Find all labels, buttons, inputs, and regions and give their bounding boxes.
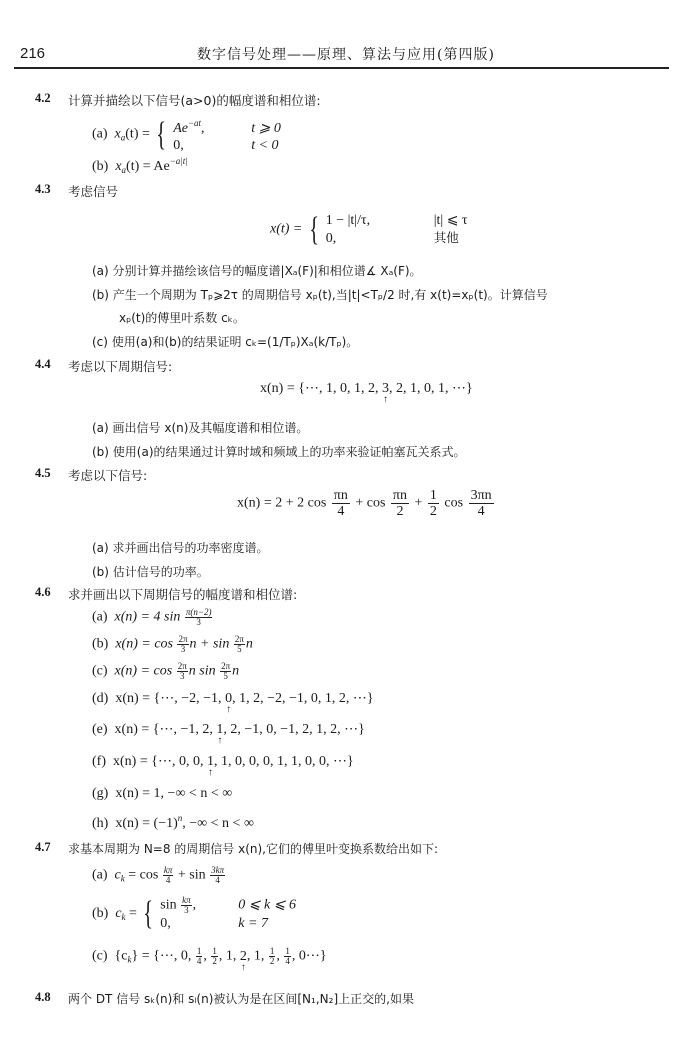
seq-mid: , 1, bbox=[219, 949, 240, 964]
problem-4-3c: (c) 使用(a)和(b)的结果证明 cₖ=(1/Tₚ)Xₐ(k/Tₚ)。 bbox=[92, 333, 358, 350]
seq-pre: x(n) = {⋯, −1, 2, bbox=[115, 722, 217, 737]
lhs: (t) = bbox=[125, 127, 150, 142]
item-label: (e) bbox=[92, 722, 108, 737]
problem-4-6g: (g) x(n) = 1, −∞ < n < ∞ bbox=[92, 786, 232, 802]
case2-expr: 0, bbox=[173, 137, 251, 154]
problem-4-3b-line2: xₚ(t)的傅里叶系数 cₖ。 bbox=[119, 309, 245, 326]
item-label: (c) bbox=[92, 949, 108, 964]
problem-4-6e: (e) x(n) = {⋯, −1, 2, 1, 2, −1, 0, −1, 2… bbox=[92, 721, 365, 738]
seq-post: , 2, 1, 0, 1, ⋯} bbox=[389, 381, 473, 396]
op: + cos bbox=[355, 496, 385, 511]
item-label: (a) bbox=[92, 127, 108, 142]
problem-4-3b-line1: (b) 产生一个周期为 Tₚ⩾2τ 的周期信号 xₚ(t),当|t|<Tₚ/2 … bbox=[92, 286, 548, 303]
problem-4-7-text: 求基本周期为 N=8 的周期信号 x(n),它们的傅里叶变换系数给出如下: bbox=[68, 840, 438, 857]
expr: x(n) = 1, −∞ < n < ∞ bbox=[115, 786, 232, 801]
problem-4-2b: (b) xa(t) = Ae−a|t| bbox=[92, 156, 188, 175]
origin-marker: 1 bbox=[216, 722, 223, 738]
case1-expr: 1 − |t|/τ, bbox=[326, 212, 434, 229]
problem-4-6b: (b) x(n) = cos 2π3n + sin 2π5n bbox=[92, 635, 253, 654]
var: n bbox=[232, 664, 239, 679]
problem-4-6f: (f) x(n) = {⋯, 0, 0, 1, 1, 0, 0, 0, 1, 1… bbox=[92, 753, 354, 770]
fraction: kπ3 bbox=[181, 896, 192, 915]
var: n bbox=[246, 637, 253, 652]
fraction: 3kπ4 bbox=[210, 866, 225, 885]
problem-4-2a: (a) xa(t) = { Ae−at,t ⩾ 0 0,t < 0 bbox=[92, 115, 281, 154]
fraction: 2π3 bbox=[177, 662, 188, 681]
problem-number-4-4: 4.4 bbox=[35, 357, 51, 372]
seq-pre: x(n) = {⋯, 0, 0, bbox=[113, 754, 207, 769]
origin-marker: 2 bbox=[240, 949, 247, 965]
problem-number-4-7: 4.7 bbox=[35, 840, 51, 855]
piecewise-cases: 1 − |t|/τ,|t| ⩽ τ 0,其他 bbox=[326, 212, 468, 247]
problem-number-4-6: 4.6 bbox=[35, 585, 51, 600]
problem-4-4a: (a) 画出信号 x(n)及其幅度谱和相位谱。 bbox=[92, 419, 308, 436]
lhs: x(t) = bbox=[270, 222, 302, 237]
case1-cond: t ⩾ 0 bbox=[251, 121, 281, 136]
op: = bbox=[126, 906, 137, 921]
problem-4-6a: (a) x(n) = 4 sin π(n−2)3 bbox=[92, 608, 213, 627]
origin-marker: 3 bbox=[382, 381, 389, 397]
expr: x(n) = 4 sin bbox=[115, 610, 181, 625]
expr: (t) = Ae bbox=[126, 159, 170, 174]
problem-number-4-8: 4.8 bbox=[35, 990, 51, 1005]
item-label: (b) bbox=[92, 159, 108, 174]
fraction: π(n−2)3 bbox=[185, 608, 213, 627]
item-label: (g) bbox=[92, 786, 108, 801]
fraction: 2π5 bbox=[234, 635, 245, 654]
problem-4-4-text: 考虑以下周期信号: bbox=[68, 357, 172, 375]
seq-pre: x(n) = {⋯, −2, −1, bbox=[115, 691, 225, 706]
item-label: (d) bbox=[92, 691, 108, 706]
seq-post: , 1, 0, 0, 0, 1, 1, 0, 0, ⋯} bbox=[214, 754, 354, 769]
fraction: 2π3 bbox=[177, 635, 188, 654]
fraction: 2π5 bbox=[220, 662, 231, 681]
problem-4-7c: (c) {ck} = {⋯, 0, 14, 12, 1, 2, 1, 12, 1… bbox=[92, 947, 327, 966]
seq-post: , 0⋯} bbox=[292, 949, 327, 964]
problem-4-6c: (c) x(n) = cos 2π3n sin 2π5n bbox=[92, 662, 239, 681]
problem-4-4b: (b) 使用(a)的结果通过计算时域和频域上的功率来验证帕塞瓦关系式。 bbox=[92, 443, 466, 460]
problem-4-2-text: 计算并描绘以下信号(a>0)的幅度谱和相位谱: bbox=[68, 91, 321, 109]
item-label: (b) bbox=[92, 637, 108, 652]
left-brace: { bbox=[309, 215, 319, 245]
item-label: (a) bbox=[92, 610, 108, 625]
case2-cond: k = 7 bbox=[238, 916, 268, 931]
left-brace: { bbox=[144, 899, 154, 929]
seq-pre: x(n) = {⋯, 1, 0, 1, 2, bbox=[260, 381, 382, 396]
problem-number-4-2: 4.2 bbox=[35, 91, 51, 106]
problem-4-4-equation: x(n) = {⋯, 1, 0, 1, 2, 3, 2, 1, 0, 1, ⋯} bbox=[260, 380, 473, 397]
exponent: −a|t| bbox=[170, 156, 188, 166]
problem-4-7a: (a) ck = cos kπ4 + sin 3kπ4 bbox=[92, 866, 226, 885]
fraction: πn4 bbox=[332, 488, 350, 519]
case1-expr: sin bbox=[160, 898, 176, 913]
item-label: (c) bbox=[92, 664, 108, 679]
piecewise-cases: sin kπ3,0 ⩽ k ⩽ 6 0,k = 7 bbox=[160, 896, 296, 932]
seq-mid: , 1, bbox=[247, 949, 268, 964]
seq-post: , 1, 2, −2, −1, 0, 1, 2, ⋯} bbox=[232, 691, 374, 706]
problem-number-4-3: 4.3 bbox=[35, 182, 51, 197]
fraction: 12 bbox=[211, 947, 218, 966]
op: n sin bbox=[189, 664, 216, 679]
domain: , −∞ < n < ∞ bbox=[182, 816, 254, 831]
problem-4-7b: (b) ck = { sin kπ3,0 ⩽ k ⩽ 6 0,k = 7 bbox=[92, 896, 296, 932]
problem-4-3a: (a) 分别计算并描绘该信号的幅度谱|Xₐ(F)|和相位谱∡ Xₐ(F)。 bbox=[92, 262, 422, 279]
fraction: 14 bbox=[284, 947, 291, 966]
case2-expr: 0, bbox=[326, 230, 434, 247]
expr: x(n) = (−1) bbox=[115, 816, 177, 831]
item-label: (b) bbox=[92, 906, 108, 921]
left-brace: { bbox=[157, 120, 167, 150]
lhs: x(n) = 2 + 2 cos bbox=[237, 496, 326, 511]
problem-4-6-text: 求并画出以下周期信号的幅度谱和相位谱: bbox=[68, 585, 297, 603]
fraction: 12 bbox=[269, 947, 276, 966]
case2-cond: t < 0 bbox=[251, 138, 278, 153]
fraction: 12 bbox=[428, 488, 439, 519]
op: + bbox=[415, 496, 423, 511]
problem-4-3-equation: x(t) = { 1 − |t|/τ,|t| ⩽ τ 0,其他 bbox=[270, 212, 468, 247]
fraction: 3πn4 bbox=[469, 488, 494, 519]
problem-4-8-text: 两个 DT 信号 sₖ(n)和 sₗ(n)被认为是在区间[N₁,N₂]上正交的,… bbox=[68, 990, 414, 1007]
op: cos bbox=[444, 496, 463, 511]
case1-cond: 0 ⩽ k ⩽ 6 bbox=[238, 898, 296, 913]
seq-post: , 2, −1, 0, −1, 2, 1, 2, ⋯} bbox=[223, 722, 365, 737]
fraction: 14 bbox=[196, 947, 203, 966]
expr: x(n) = cos bbox=[115, 664, 173, 679]
page-number: 216 bbox=[20, 45, 45, 62]
seq-pre: } = {⋯, 0, bbox=[131, 949, 194, 964]
problem-4-3-text: 考虑信号 bbox=[68, 182, 118, 200]
case2-expr: 0, bbox=[160, 915, 238, 932]
expr: x(n) = cos bbox=[115, 637, 173, 652]
problem-4-6h: (h) x(n) = (−1)n, −∞ < n < ∞ bbox=[92, 813, 254, 832]
case1-cond: |t| ⩽ τ bbox=[434, 213, 468, 228]
item-label: (h) bbox=[92, 816, 108, 831]
origin-marker: 1 bbox=[207, 754, 214, 770]
case2-cond: 其他 bbox=[434, 230, 459, 245]
op: + sin bbox=[178, 868, 206, 883]
piecewise-cases: Ae−at,t ⩾ 0 0,t < 0 bbox=[173, 115, 281, 154]
set-open: {c bbox=[115, 949, 128, 964]
op: = cos bbox=[125, 868, 159, 883]
header-rule bbox=[14, 67, 669, 69]
problem-4-5b: (b) 估计信号的功率。 bbox=[92, 563, 209, 580]
fraction: kπ4 bbox=[163, 866, 174, 885]
problem-4-5-equation: x(n) = 2 + 2 cos πn4 + cos πn2 + 12 cos … bbox=[237, 488, 496, 519]
problem-number-4-5: 4.5 bbox=[35, 466, 51, 481]
problem-4-6d: (d) x(n) = {⋯, −2, −1, 0, 1, 2, −2, −1, … bbox=[92, 690, 374, 707]
fraction: πn2 bbox=[391, 488, 409, 519]
origin-marker: 0 bbox=[225, 691, 232, 707]
op: n + sin bbox=[190, 637, 230, 652]
item-label: (f) bbox=[92, 754, 106, 769]
problem-4-5-text: 考虑以下信号: bbox=[68, 466, 147, 484]
running-title: 数字信号处理——原理、算法与应用(第四版) bbox=[197, 44, 495, 64]
item-label: (a) bbox=[92, 868, 108, 883]
exponent: −at bbox=[188, 118, 201, 128]
case1-expr: Ae bbox=[173, 121, 188, 136]
problem-4-5a: (a) 求并画出信号的功率密度谱。 bbox=[92, 539, 269, 556]
